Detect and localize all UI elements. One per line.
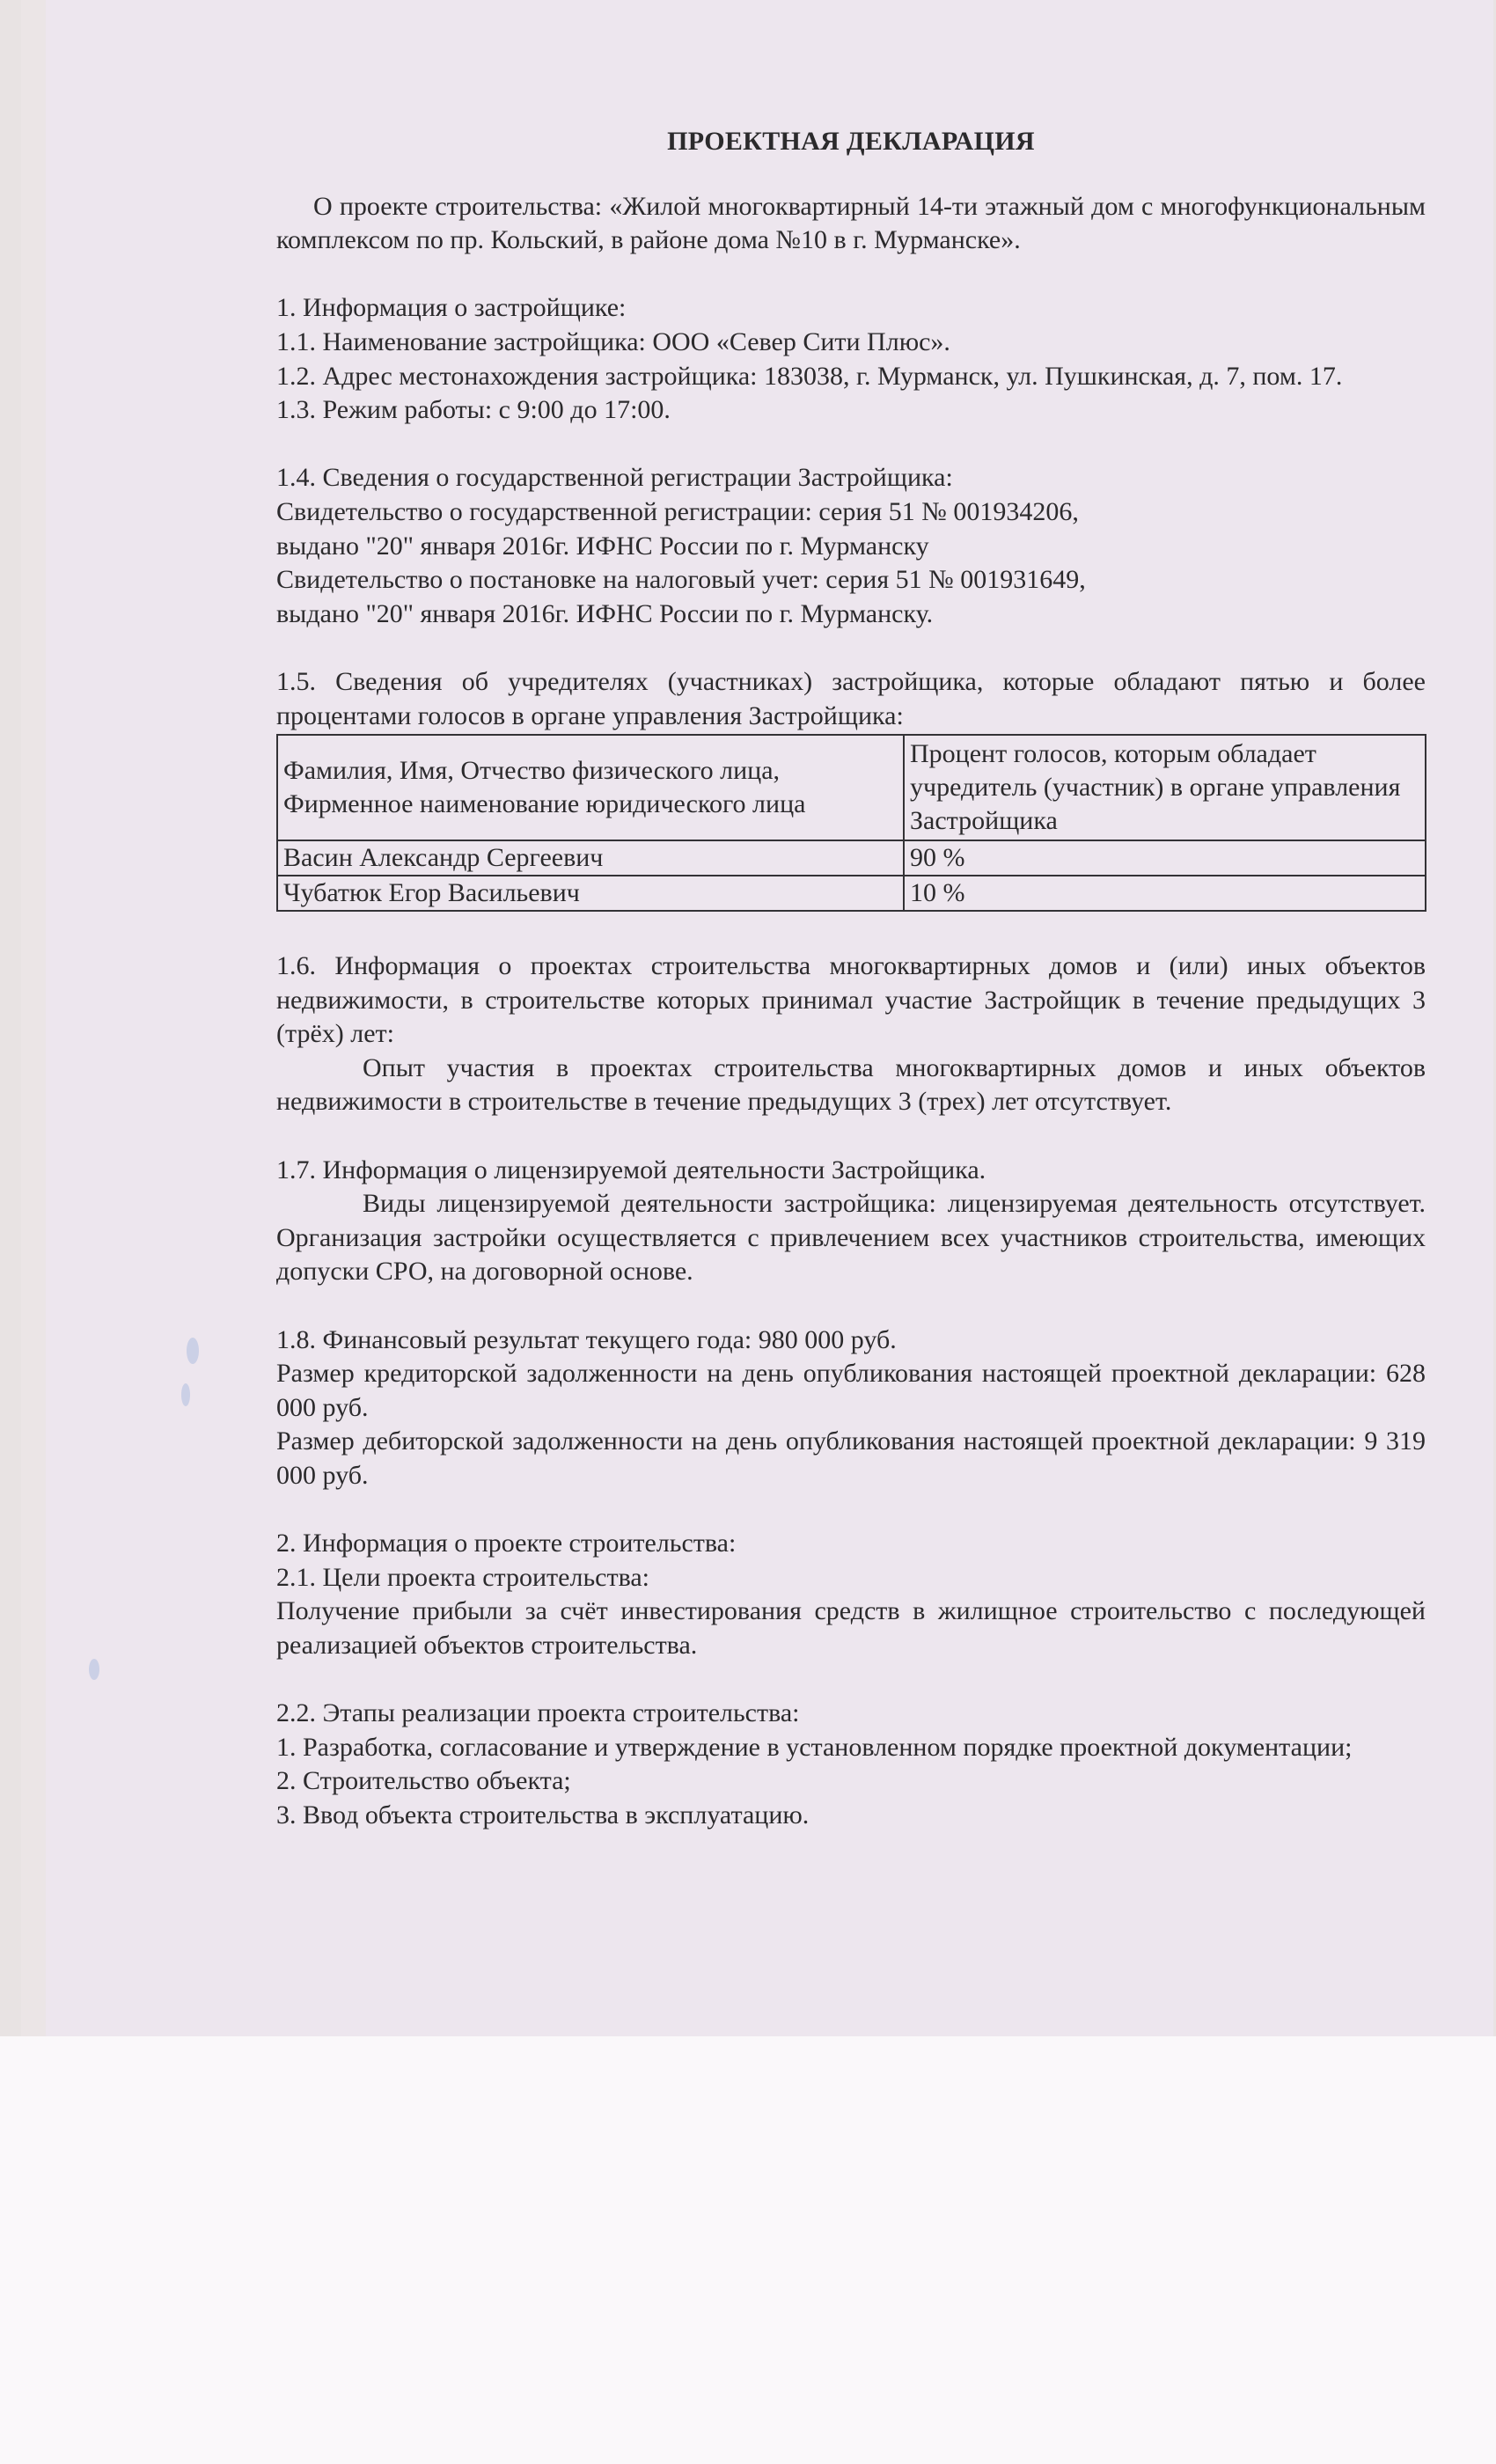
project-stage: 3. Ввод объекта строительства в эксплуат… [276, 1799, 1426, 1833]
scanner-edge-band [21, 0, 46, 2036]
developer-address: 1.2. Адрес местонахождения застройщика: … [276, 360, 1426, 394]
table-row: Васин Александр Сергеевич 90 % [277, 840, 1426, 876]
financial-result: 1.8. Финансовый результат текущего года:… [276, 1324, 1426, 1358]
ink-speck [89, 1659, 99, 1680]
founder-name: Васин Александр Сергеевич [277, 840, 904, 876]
past-projects-body: Опыт участия в проектах строительства мн… [276, 1052, 1426, 1119]
founders-table: Фамилия, Имя, Отчество физического лица,… [276, 734, 1426, 912]
project-stages-heading: 2.2. Этапы реализации проекта строительс… [276, 1697, 1426, 1731]
founder-name: Чубатюк Егор Васильевич [277, 876, 904, 911]
ink-speck [187, 1338, 199, 1364]
founder-votes: 10 % [904, 876, 1426, 911]
table-header-row: Фамилия, Имя, Отчество физического лица,… [277, 735, 1426, 840]
past-projects-heading: 1.6. Информация о проектах строительства… [276, 950, 1426, 1052]
document-body: ПРОЕКТНАЯ ДЕКЛАРАЦИЯ О проекте строитель… [276, 125, 1426, 1833]
founders-heading: 1.5. Сведения об учредителях (участниках… [276, 665, 1426, 733]
founder-votes: 90 % [904, 840, 1426, 876]
creditor-debt: Размер кредиторской задолженности на ден… [276, 1357, 1426, 1425]
table-header-name: Фамилия, Имя, Отчество физического лица,… [277, 735, 904, 840]
debtor-debt: Размер дебиторской задолженности на день… [276, 1425, 1426, 1492]
registration-heading: 1.4. Сведения о государственной регистра… [276, 461, 1426, 495]
project-goals-body: Получение прибыли за счёт инвестирования… [276, 1595, 1426, 1662]
table-header-votes: Процент голосов, которым обладает учреди… [904, 735, 1426, 840]
registration-line: Свидетельство о постановке на налоговый … [276, 563, 1426, 598]
registration-line: выдано "20" января 2016г. ИФНС России по… [276, 598, 1426, 632]
licensing-body: Виды лицензируемой деятельности застройщ… [276, 1187, 1426, 1289]
licensing-heading: 1.7. Информация о лицензируемой деятельн… [276, 1154, 1426, 1188]
project-goals-heading: 2.1. Цели проекта строительства: [276, 1561, 1426, 1595]
working-hours: 1.3. Режим работы: с 9:00 до 17:00. [276, 393, 1426, 428]
project-stage: 2. Строительство объекта; [276, 1764, 1426, 1799]
section-1-heading: 1. Информация о застройщике: [276, 291, 1426, 326]
developer-name: 1.1. Наименование застройщика: ООО «Севе… [276, 326, 1426, 360]
project-stage: 1. Разработка, согласование и утверждени… [276, 1731, 1426, 1765]
project-intro: О проекте строительства: «Жилой многоква… [276, 190, 1426, 258]
registration-line: Свидетельство о государственной регистра… [276, 495, 1426, 530]
document-title: ПРОЕКТНАЯ ДЕКЛАРАЦИЯ [276, 125, 1426, 159]
table-row: Чубатюк Егор Васильевич 10 % [277, 876, 1426, 911]
ink-speck [181, 1383, 190, 1406]
registration-line: выдано "20" января 2016г. ИФНС России по… [276, 530, 1426, 564]
section-2-heading: 2. Информация о проекте строительства: [276, 1527, 1426, 1561]
